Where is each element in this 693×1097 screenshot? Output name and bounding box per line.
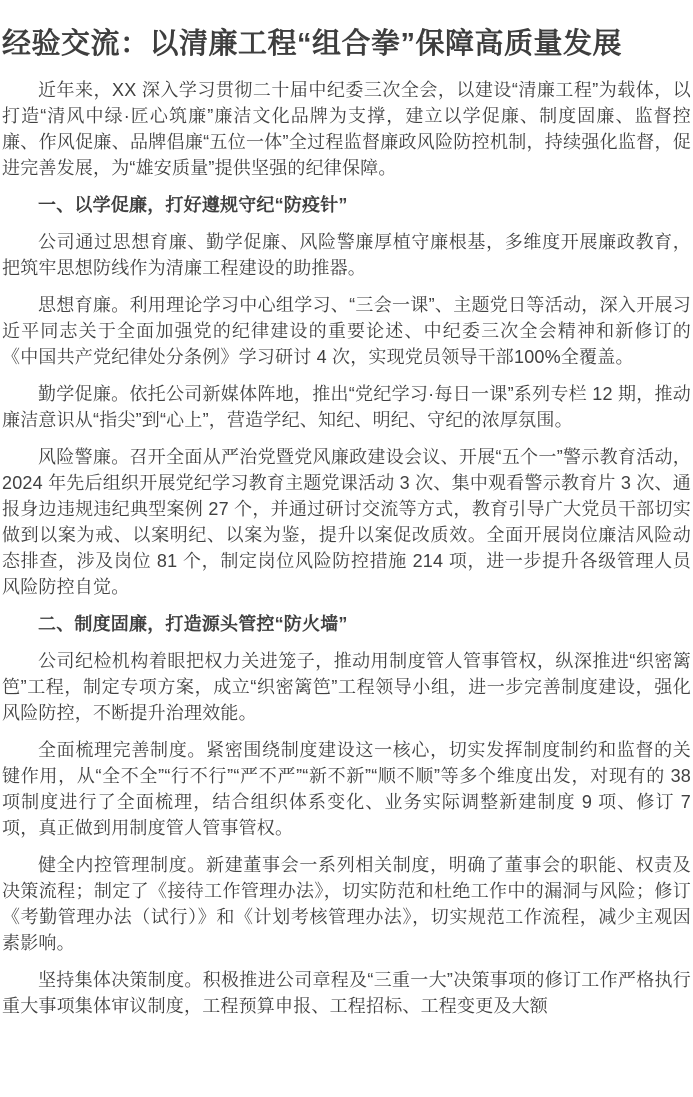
section-heading: 一、以学促廉，打好遵规守纪“防疫针” <box>2 192 691 218</box>
paragraph: 公司通过思想育廉、勤学促廉、风险警廉厚植守廉根基，多维度开展廉政教育，把筑牢思想… <box>2 229 691 281</box>
section-heading: 二、制度固廉，打造源头管控“防火墙” <box>2 611 691 637</box>
article: 经验交流：以清廉工程“组合拳”保障高质量发展 近年来，XX 深入学习贯彻二十届中… <box>0 26 693 1019</box>
article-body: 近年来，XX 深入学习贯彻二十届中纪委三次全会，以建设“清廉工程”为载体，以打造… <box>2 77 691 1019</box>
paragraph: 思想育廉。利用理论学习中心组学习、“三会一课”、主题党日等活动，深入开展习近平同… <box>2 292 691 370</box>
paragraph: 健全内控管理制度。新建董事会一系列相关制度，明确了董事会的职能、权责及决策流程；… <box>2 852 691 956</box>
paragraph: 勤学促廉。依托公司新媒体阵地，推出“党纪学习·每日一课”系列专栏 12 期，推动… <box>2 381 691 433</box>
paragraph: 全面梳理完善制度。紧密围绕制度建设这一核心，切实发挥制度制约和监督的关键作用，从… <box>2 737 691 841</box>
document-page: 经验交流：以清廉工程“组合拳”保障高质量发展 近年来，XX 深入学习贯彻二十届中… <box>0 0 693 1097</box>
paragraph: 风险警廉。召开全面从严治党暨党风廉政建设会议、开展“五个一”警示教育活动，202… <box>2 444 691 600</box>
paragraph: 坚持集体决策制度。积极推进公司章程及“三重一大”决策事项的修订工作严格执行重大事… <box>2 967 691 1019</box>
article-title: 经验交流：以清廉工程“组合拳”保障高质量发展 <box>2 26 691 64</box>
paragraph: 公司纪检机构着眼把权力关进笼子，推动用制度管人管事管权，纵深推进“织密篱笆”工程… <box>2 648 691 726</box>
paragraph: 近年来，XX 深入学习贯彻二十届中纪委三次全会，以建设“清廉工程”为载体，以打造… <box>2 77 691 181</box>
